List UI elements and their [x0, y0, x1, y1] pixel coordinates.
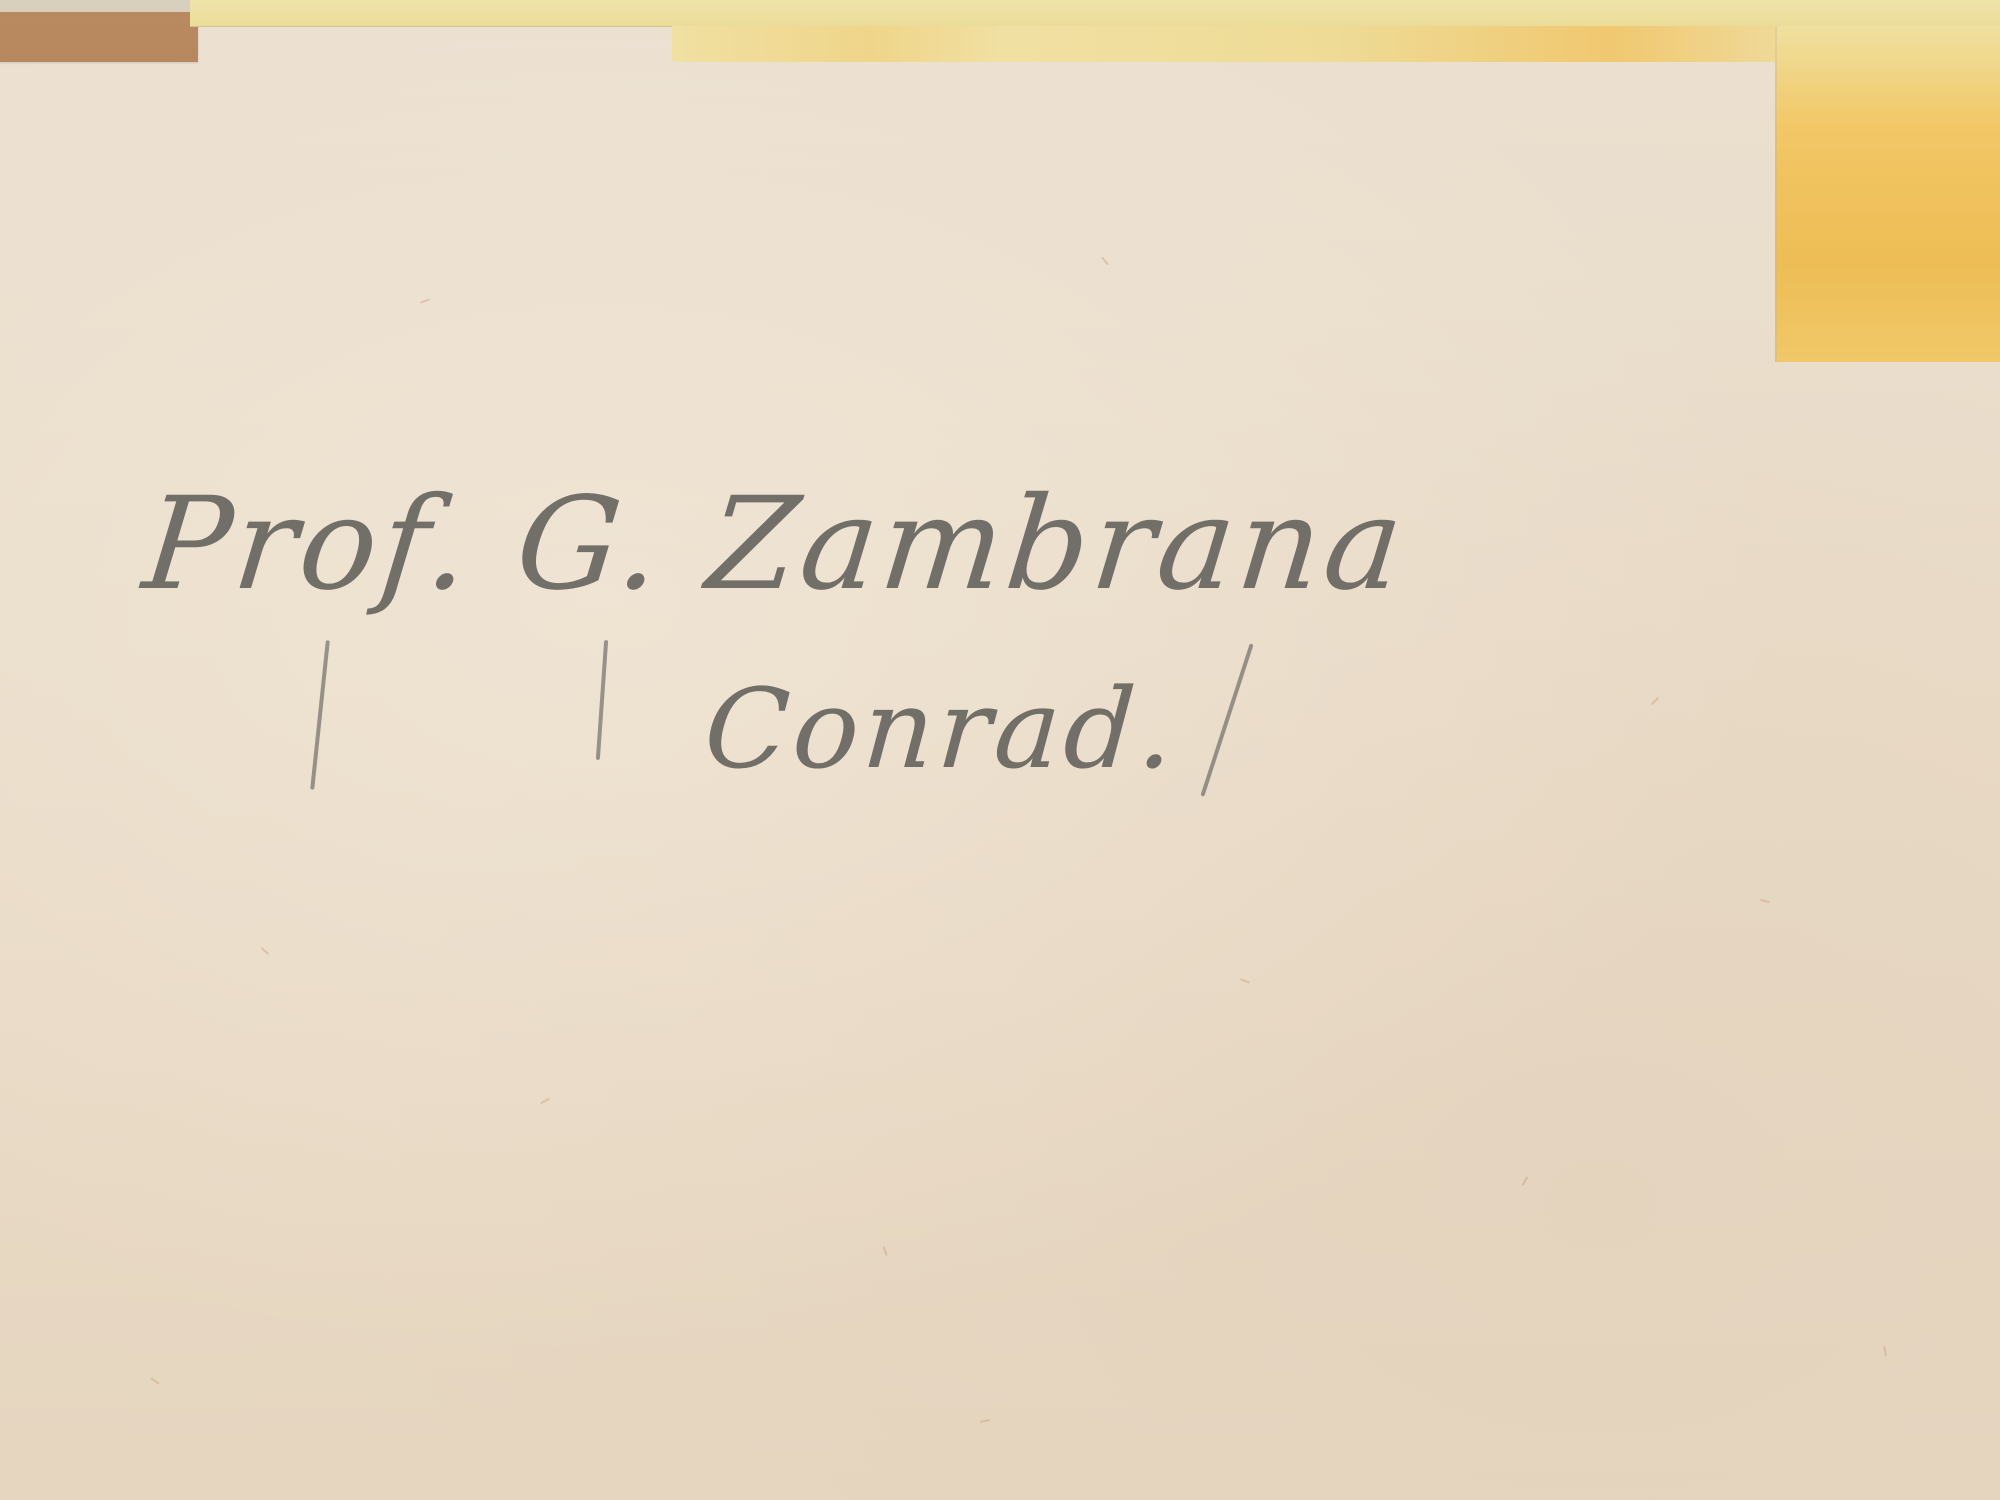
pencil-descender-g: [596, 640, 608, 760]
inscription-line-1: Prof. G. Zambrana: [137, 470, 1413, 619]
pencil-descender-p: [310, 640, 330, 790]
pencil-ascender-d: [1200, 643, 1253, 796]
pencil-inscription: Prof. G. Zambrana Conrad.: [0, 0, 2000, 1500]
inscription-line-2: Conrad.: [701, 665, 1183, 793]
